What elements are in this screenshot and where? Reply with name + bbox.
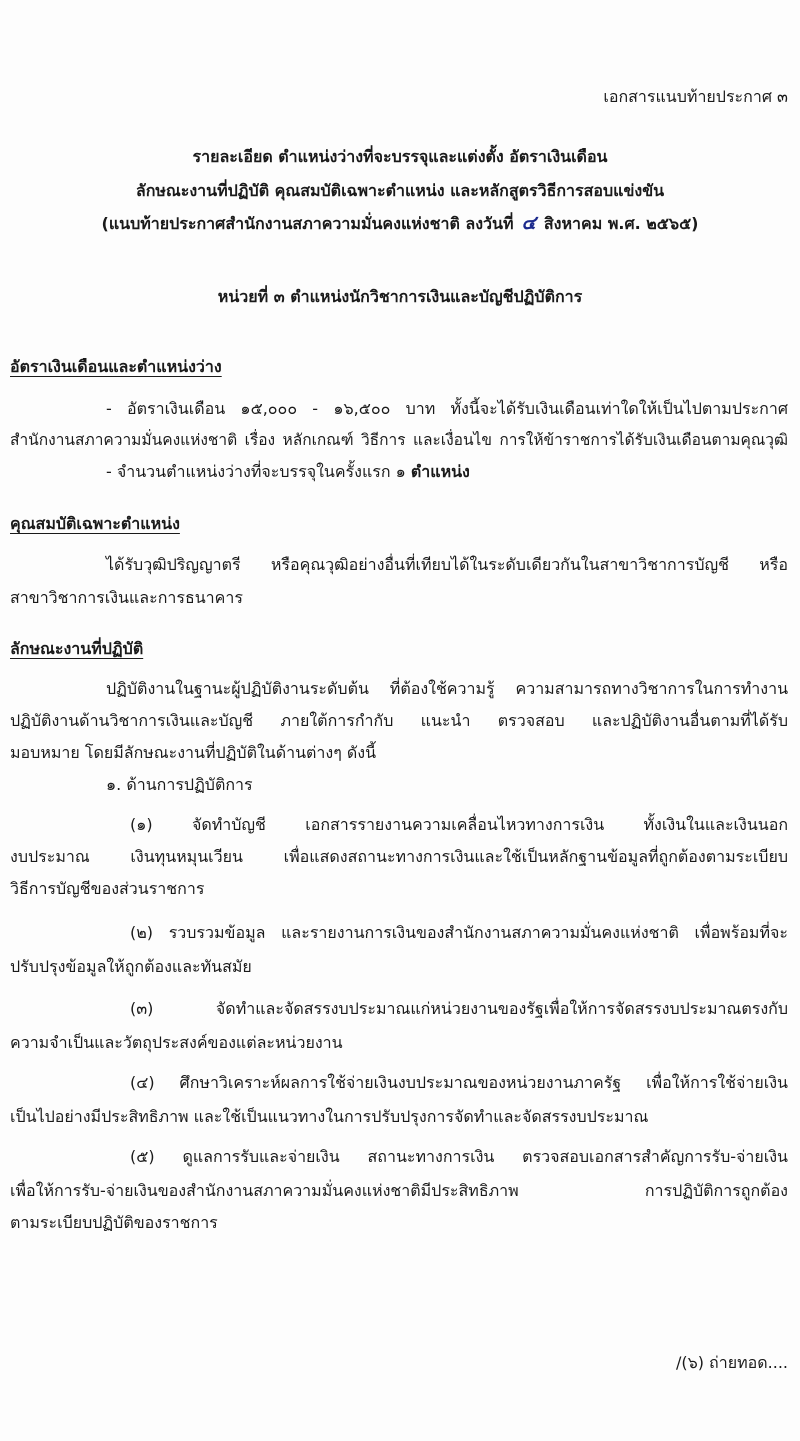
duty-item-4-line-2: เป็นไปอย่างมีประสิทธิภาพ และใช้เป็นแนวทา… <box>10 1106 648 1128</box>
duty-item-3-line-1: (๓) จัดทำและจัดสรรงบประมาณแก่หน่วยงานของ… <box>130 998 788 1020</box>
duty-item-2-line-2: ปรับปรุงข้อมูลให้ถูกต้องและทันสมัย <box>10 956 252 978</box>
duty-item-5-line-1: (๕) ดูแลการรับและจ่ายเงิน สถานะทางการเงิ… <box>130 1146 788 1168</box>
vacancy-unit: ตำแหน่ง <box>411 462 470 481</box>
title-line-3-prefix: (แนบท้ายประกาศสำนักงานสภาความมั่นคงแห่งช… <box>102 214 514 233</box>
title-line-2: ลักษณะงานที่ปฏิบัติ คุณสมบัติเฉพาะตำแหน่… <box>0 180 800 202</box>
qualification-section-heading: คุณสมบัติเฉพาะตำแหน่ง <box>10 513 180 535</box>
duties-intro-line-3: มอบหมาย โดยมีลักษณะงานที่ปฏิบัติในด้านต่… <box>10 742 376 764</box>
document-page: เอกสารแนบท้ายประกาศ ๓ รายละเอียด ตำแหน่ง… <box>0 0 800 1441</box>
vacancy-count-text: - จำนวนตำแหน่งว่างที่จะบรรจุในครั้งแรก ๑ <box>106 462 406 481</box>
attachment-label: เอกสารแนบท้ายประกาศ ๓ <box>603 86 788 108</box>
salary-section-heading: อัตราเงินเดือนและตำแหน่งว่าง <box>10 356 222 378</box>
duty-item-1-line-3: วิธีการบัญชีของส่วนราชการ <box>10 878 204 900</box>
duty-item-5-line-3: ตามระเบียบปฏิบัติของราชการ <box>10 1212 218 1234</box>
qualification-line-2: สาขาวิชาการเงินและการธนาคาร <box>10 587 243 609</box>
qualification-line-1: ได้รับวุฒิปริญญาตรี หรือคุณวุฒิอย่างอื่น… <box>106 554 788 576</box>
continuation-note: /(๖) ถ่ายทอด.... <box>676 1352 788 1374</box>
handwritten-day: ๔ <box>522 212 536 234</box>
salary-para-1-line-1: - อัตราเงินเดือน ๑๕,๐๐๐ - ๑๖,๕๐๐ บาท ทั้… <box>106 398 788 420</box>
title-line-1: รายละเอียด ตำแหน่งว่างที่จะบรรจุและแต่งต… <box>0 146 800 168</box>
duty-item-2-line-1: (๒) รวบรวมข้อมูล และรายงานการเงินของสำนั… <box>130 922 788 944</box>
duties-intro-line-1: ปฏิบัติงานในฐานะผู้ปฏิบัติงานระดับต้น ที… <box>106 678 788 700</box>
duty-item-1-line-2: งบประมาณ เงินทุนหมุนเวียน เพื่อแสดงสถานะ… <box>10 846 788 868</box>
duty-item-1-line-1: (๑) จัดทำบัญชี เอกสารรายงานความเคลื่อนไห… <box>130 814 788 836</box>
duties-section-heading: ลักษณะงานที่ปฏิบัติ <box>10 638 143 660</box>
title-line-3-suffix: สิงหาคม พ.ศ. ๒๕๖๕) <box>544 214 699 233</box>
duty-item-3-line-2: ความจำเป็นและวัตถุประสงค์ของแต่ละหน่วยงา… <box>10 1032 343 1054</box>
duties-intro-line-2: ปฏิบัติงานด้านวิชาการเงินและบัญชี ภายใต้… <box>10 710 788 732</box>
title-line-3: (แนบท้ายประกาศสำนักงานสภาความมั่นคงแห่งช… <box>0 212 800 235</box>
area-1-heading: ๑. ด้านการปฏิบัติการ <box>106 774 253 796</box>
salary-para-2: - จำนวนตำแหน่งว่างที่จะบรรจุในครั้งแรก ๑… <box>106 461 470 483</box>
salary-para-1-line-2: สำนักงานสภาความมั่นคงแห่งชาติ เรื่อง หลั… <box>10 429 788 451</box>
duty-item-4-line-1: (๔) ศึกษาวิเคราะห์ผลการใช้จ่ายเงินงบประม… <box>130 1072 788 1094</box>
unit-heading: หน่วยที่ ๓ ตำแหน่งนักวิชาการเงินและบัญชี… <box>0 286 800 308</box>
duty-item-5-line-2: เพื่อให้การรับ-จ่ายเงินของสำนักงานสภาควา… <box>10 1180 788 1202</box>
